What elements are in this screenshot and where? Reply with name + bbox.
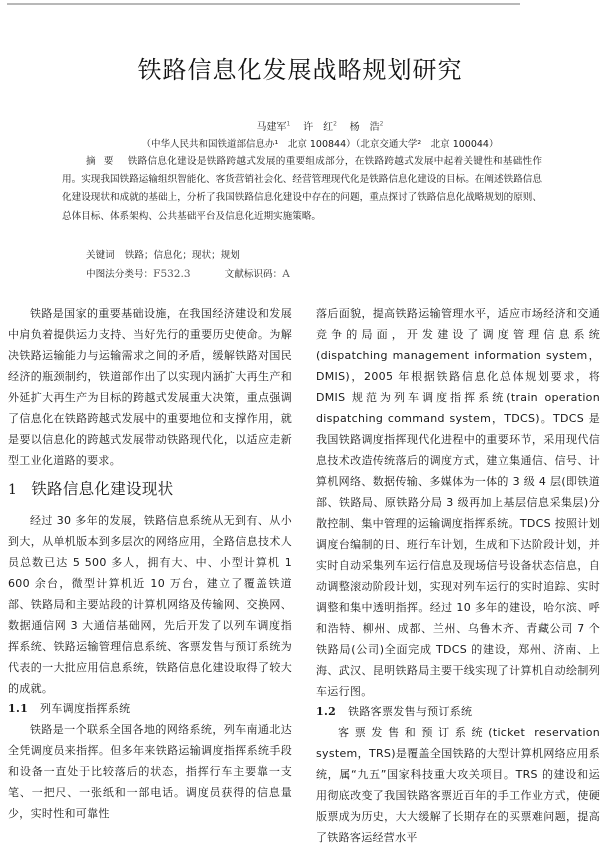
keywords-label: 关键词 (86, 250, 115, 261)
section1-1-paragraph: 铁路是一个联系全国各地的网络系统，列车南通北达全凭调度员来指挥。但多年来铁路运输… (8, 719, 292, 824)
subsection-number: 1.1 (8, 702, 28, 715)
subsection-number: 1.2 (316, 705, 336, 718)
author-name: 马建军 (257, 122, 287, 133)
author-line: 马建军1 许 红2 杨 浩2 (0, 118, 600, 133)
clc-label: 中图法分类号： (86, 269, 153, 280)
author-name: 许 红 (303, 122, 333, 133)
author-name: 杨 浩 (350, 122, 380, 133)
abstract-text: 铁路信息化建设是铁路跨越式发展的重要组成部分，在铁路跨越式发展中起着关键性和基础… (62, 156, 542, 222)
subsection-title: 列车调度指挥系统 (40, 702, 130, 715)
keywords: 关键词铁路；信息化；现状；规划 (86, 247, 240, 261)
section-number: 1 (8, 482, 17, 498)
paper-title: 铁路信息化发展战略规划研究 (0, 50, 600, 85)
abstract-label: 摘要 (86, 156, 122, 167)
section-title: 铁路信息化建设现状 (31, 480, 173, 498)
subsection-title: 铁路客票发售与预订系统 (348, 705, 472, 718)
affiliations: （中华人民共和国铁道部信息办¹ 北京 100844）（北京交通大学² 北京 10… (0, 136, 600, 150)
author-affil-mark: 2 (333, 121, 337, 128)
section-heading-1: 1铁路信息化建设现状 (8, 477, 292, 502)
doc-code-label: 文献标识码： (225, 269, 283, 280)
tdcs-paragraph: 落后面貌，提高铁路运输管理水平，适应市场经济和交通竞争的局面，开发建设了调度管理… (316, 303, 600, 702)
section1-2-paragraph: 客票发售和预订系统(ticket reservation system，TRS)… (316, 722, 600, 847)
abstract: 摘要铁路信息化建设是铁路跨越式发展的重要组成部分，在铁路跨越式发展中起着关键性和… (62, 153, 542, 226)
intro-paragraph: 铁路是国家的重要基础设施，在我国经济建设和发展中肩负着提供运力支持、当好先行的重… (8, 303, 292, 471)
subsection-heading-1-2: 1.2铁路客票发售与预订系统 (316, 702, 600, 722)
subsection-heading-1-1: 1.1列车调度指挥系统 (8, 699, 292, 719)
left-column: 铁路是国家的重要基础设施，在我国经济建设和发展中肩负着提供运力支持、当好先行的重… (8, 303, 292, 824)
top-rule (7, 3, 520, 5)
author-affil-mark: 1 (287, 121, 291, 128)
classification: 中图法分类号：F532.3 文献标识码：A (86, 266, 290, 280)
clc-value: F532.3 (153, 268, 190, 280)
keywords-text: 铁路；信息化；现状；规划 (125, 250, 240, 261)
author-affil-mark: 2 (380, 121, 384, 128)
doc-code-value: A (282, 268, 290, 280)
section1-paragraph: 经过 30 多年的发展，铁路信息系统从无到有、从小到大，从单机版本到多层次的网络… (8, 510, 292, 699)
right-column: 落后面貌，提高铁路运输管理水平，适应市场经济和交通竞争的局面，开发建设了调度管理… (316, 303, 600, 847)
